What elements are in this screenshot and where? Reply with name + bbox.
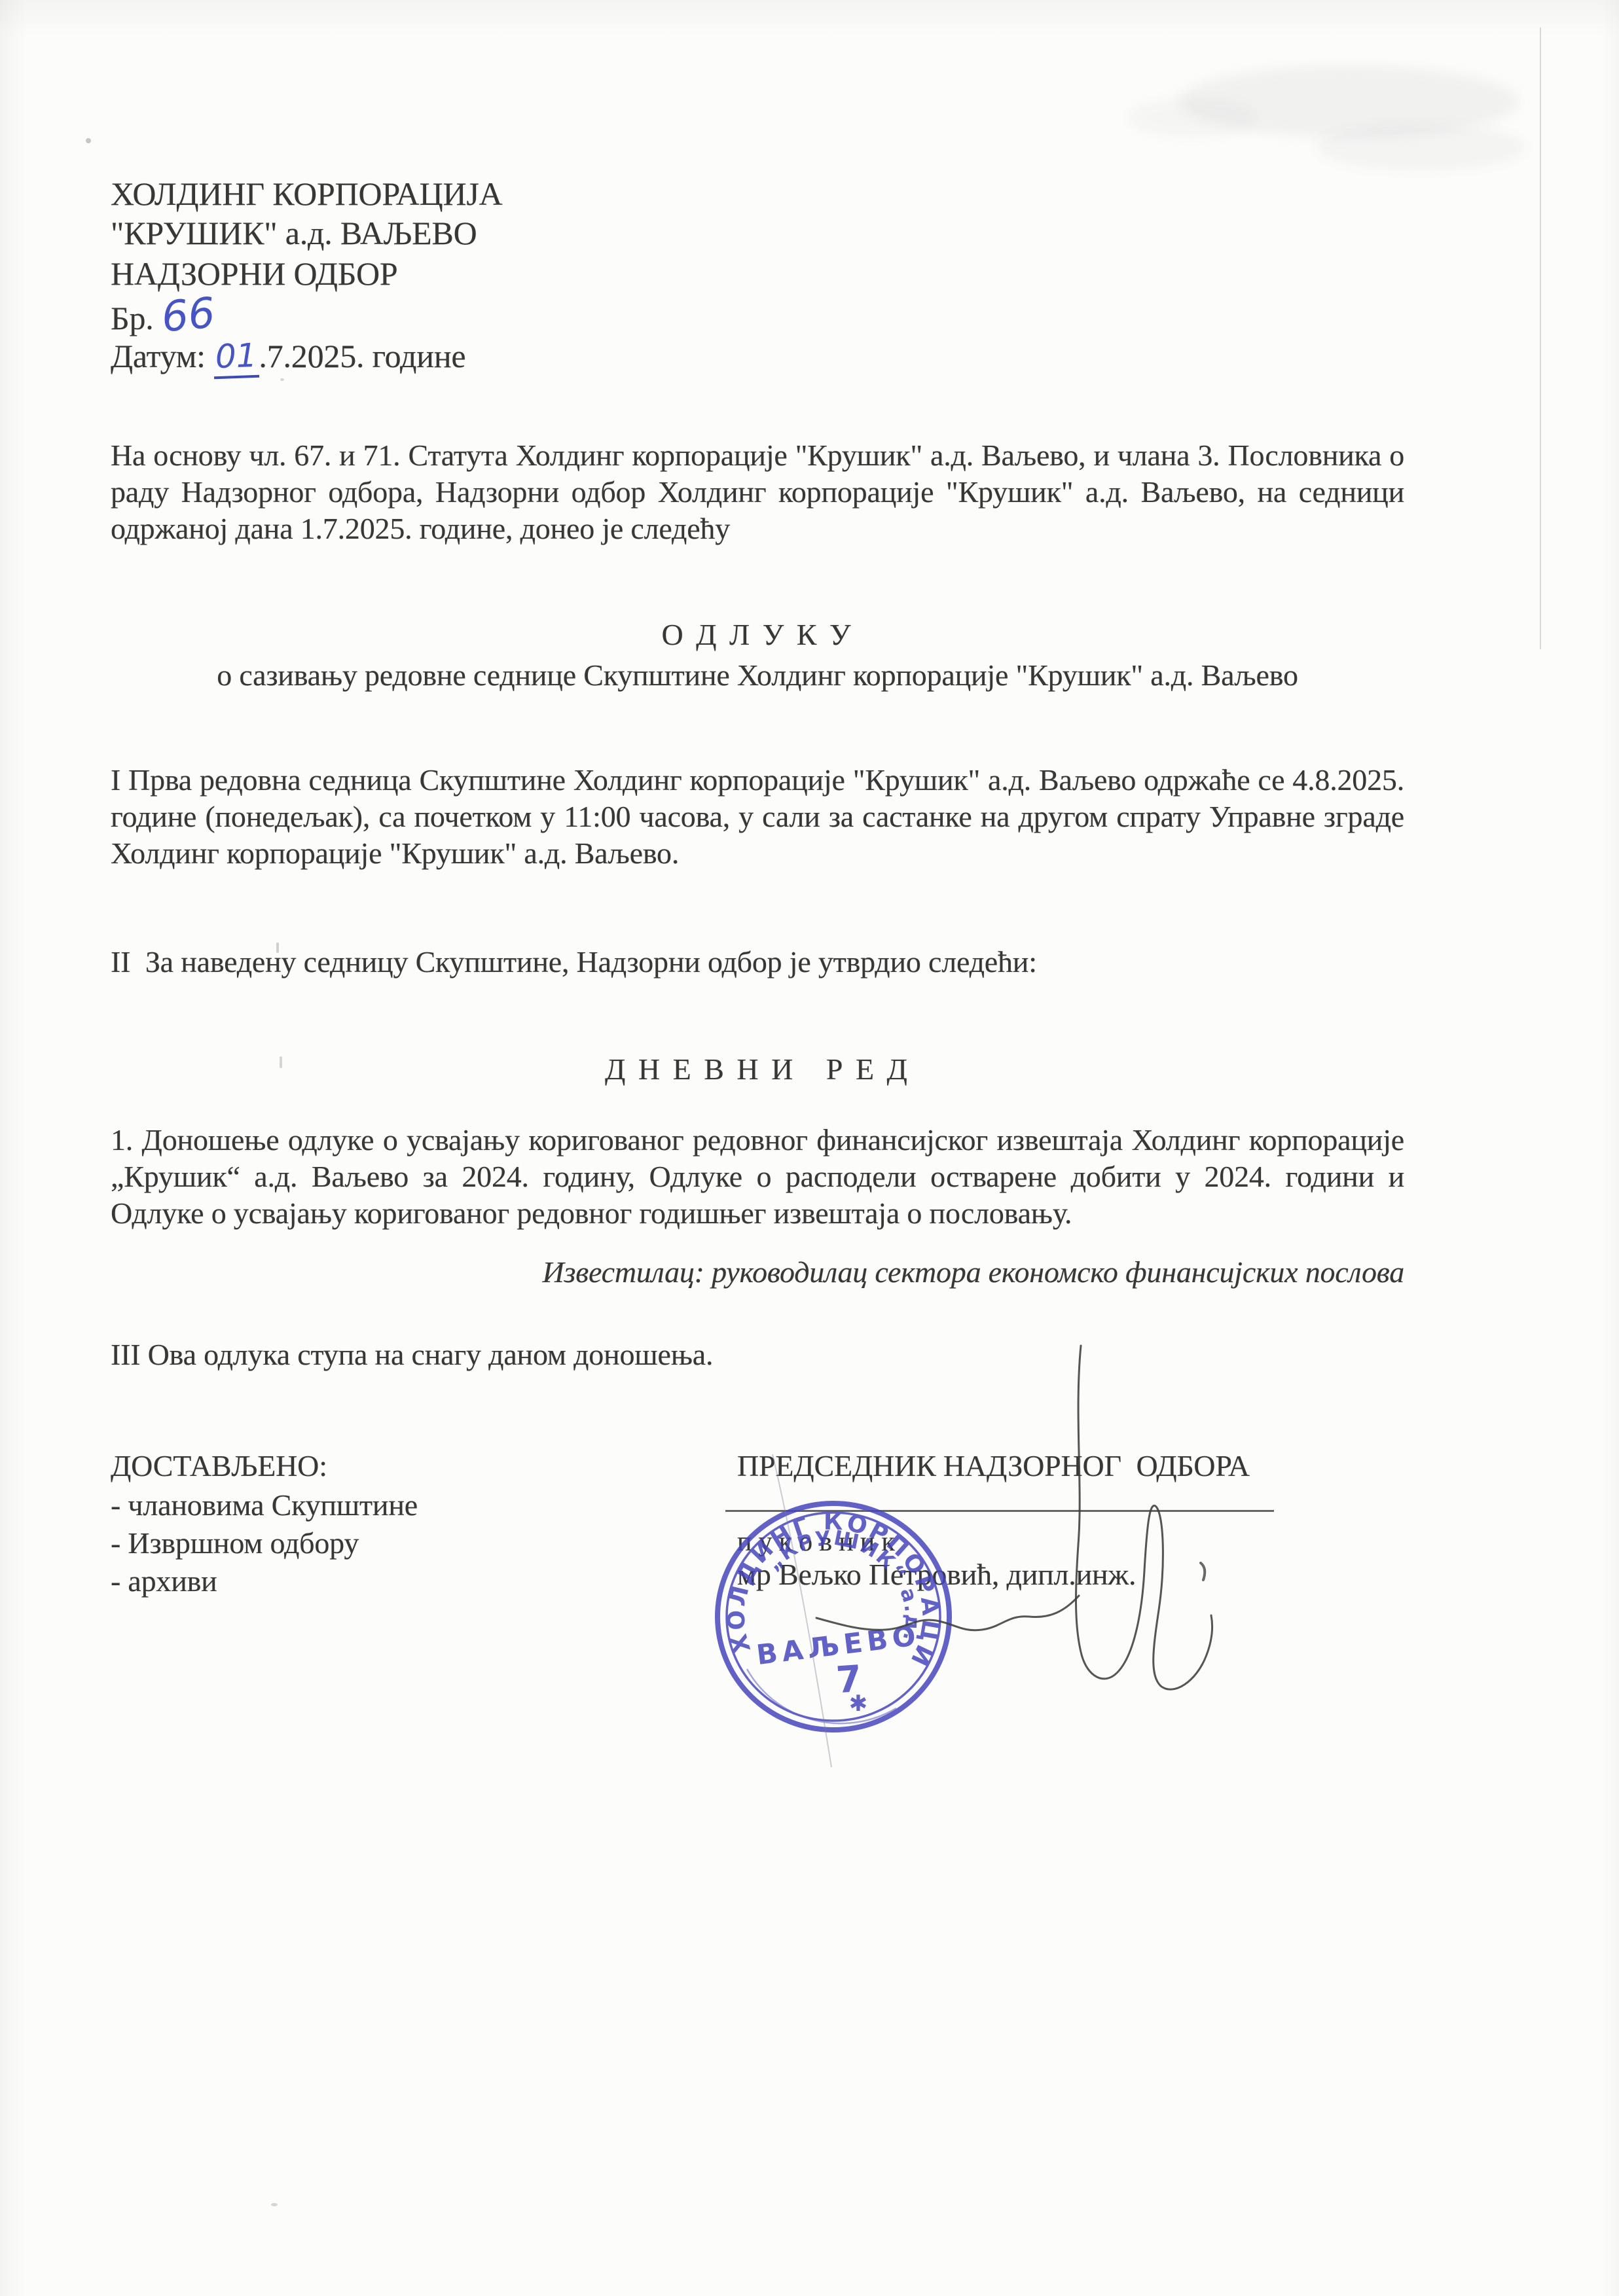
decision-subtitle: о сазивању редовне седнице Скупштине Хол…	[111, 657, 1404, 694]
delivered-item: - члановима Скупштине	[111, 1487, 418, 1524]
scan-smudge	[1316, 124, 1525, 170]
scan-fold-line	[1540, 27, 1541, 649]
section-i-paragraph: I Прва редовна седница Скупштине Холдинг…	[111, 762, 1404, 872]
agenda-heading: Д Н Е В Н И Р Е Д	[111, 1051, 1404, 1088]
stray-ink-mark	[1201, 1563, 1205, 1580]
delivered-heading: ДОСТАВЉЕНО:	[111, 1448, 327, 1484]
delivered-item: - Извршном одбору	[111, 1525, 359, 1562]
agenda-item-1: 1. Доношење одлуке о усвајању кориговано…	[111, 1122, 1404, 1232]
org-name-line1: ХОЛДИНГ КОРПОРАЦИЈА	[111, 174, 503, 213]
scan-speck	[280, 378, 284, 381]
org-unit-line: НАДЗОРНИ ОДБОР	[111, 254, 397, 293]
signature-stroke-tail	[816, 1596, 1079, 1630]
doc-number-handwritten: 66	[160, 294, 216, 338]
doc-number-label: Бр.	[111, 300, 162, 336]
scanned-document-page: ХОЛДИНГ КОРПОРАЦИЈА "КРУШИК" а.д. ВАЉЕВО…	[0, 0, 1619, 2296]
doc-number-line: Бр. 66	[111, 296, 215, 338]
doc-date-line: Датум: 01.7.2025. године	[111, 336, 465, 378]
doc-date-rest: .7.2025. године	[259, 338, 465, 374]
org-name-line2: "КРУШИК" а.д. ВАЉЕВО	[111, 213, 477, 253]
section-ii-paragraph: II За наведену седницу Скупштине, Надзор…	[111, 944, 1037, 980]
doc-date-label: Датум:	[111, 338, 213, 374]
section-iii-paragraph: III Ова одлука ступа на снагу даном доно…	[111, 1336, 713, 1373]
scan-smudge	[1126, 98, 1257, 137]
preamble-paragraph: На основу чл. 67. и 71. Статута Холдинг …	[111, 437, 1404, 547]
delivered-item: - архиви	[111, 1563, 217, 1600]
scan-speck	[86, 138, 91, 143]
doc-date-day-handwritten: 01	[213, 336, 259, 379]
rapporteur-line: Известилац: руководилац сектора економск…	[111, 1254, 1404, 1291]
decision-title: О Д Л У К У	[111, 617, 1404, 653]
crease-line	[773, 1454, 831, 1767]
handwritten-signature	[655, 1309, 1571, 1806]
scan-speck	[271, 2203, 278, 2206]
signature-stroke-main	[1076, 1346, 1212, 1689]
